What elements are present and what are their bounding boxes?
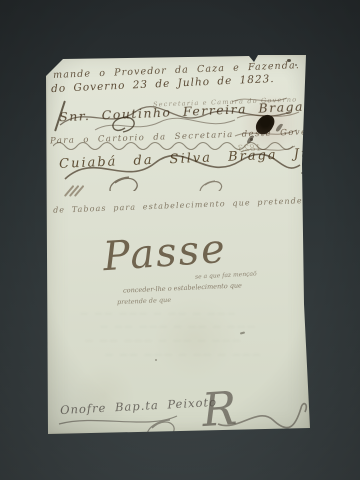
show-through-ghost-line: — —— ——— — —— — ——— [80,309,237,318]
show-through-ghost-line: — —— ——— — —— — ——— [85,336,242,345]
flourished-signature-line: Cuiabá da Silva Braga Julho [59,145,338,172]
ink-speck [301,172,304,174]
despacho-note-line-3: pretende de que [117,296,171,306]
show-through-ghost-line: — —— ——— — —— — ——— [105,350,262,359]
signature-left: Onofre Bap.ta Peixoto [60,395,218,417]
despacho-note-line-2: conceder-lhe o estabelecimento que [123,281,242,294]
registry-line: Para o Cartorio da Secretaria deste Gove… [50,124,360,147]
scribble-loop [110,177,137,191]
hatch-marks [62,182,90,200]
ink-speck [240,331,245,334]
ink-speck [155,359,157,361]
ink-speck [295,64,297,66]
ink-speck [287,59,291,62]
scribble-loop [200,181,221,191]
request-line: de Taboas para estabelecimento que prete… [53,196,303,215]
show-through-ghost-line: — —— ——— — —— — ——— [100,322,257,331]
flourish-path [59,416,177,436]
document-photograph: mande o Provedor da Caza e Fazenda. Cuia… [0,0,360,480]
manuscript-paper: mande o Provedor da Caza e Fazenda. Cuia… [45,54,311,435]
rubric-signature: R [200,381,238,437]
ink-speck [250,138,253,141]
show-through-numerals: 1823 [238,144,261,155]
